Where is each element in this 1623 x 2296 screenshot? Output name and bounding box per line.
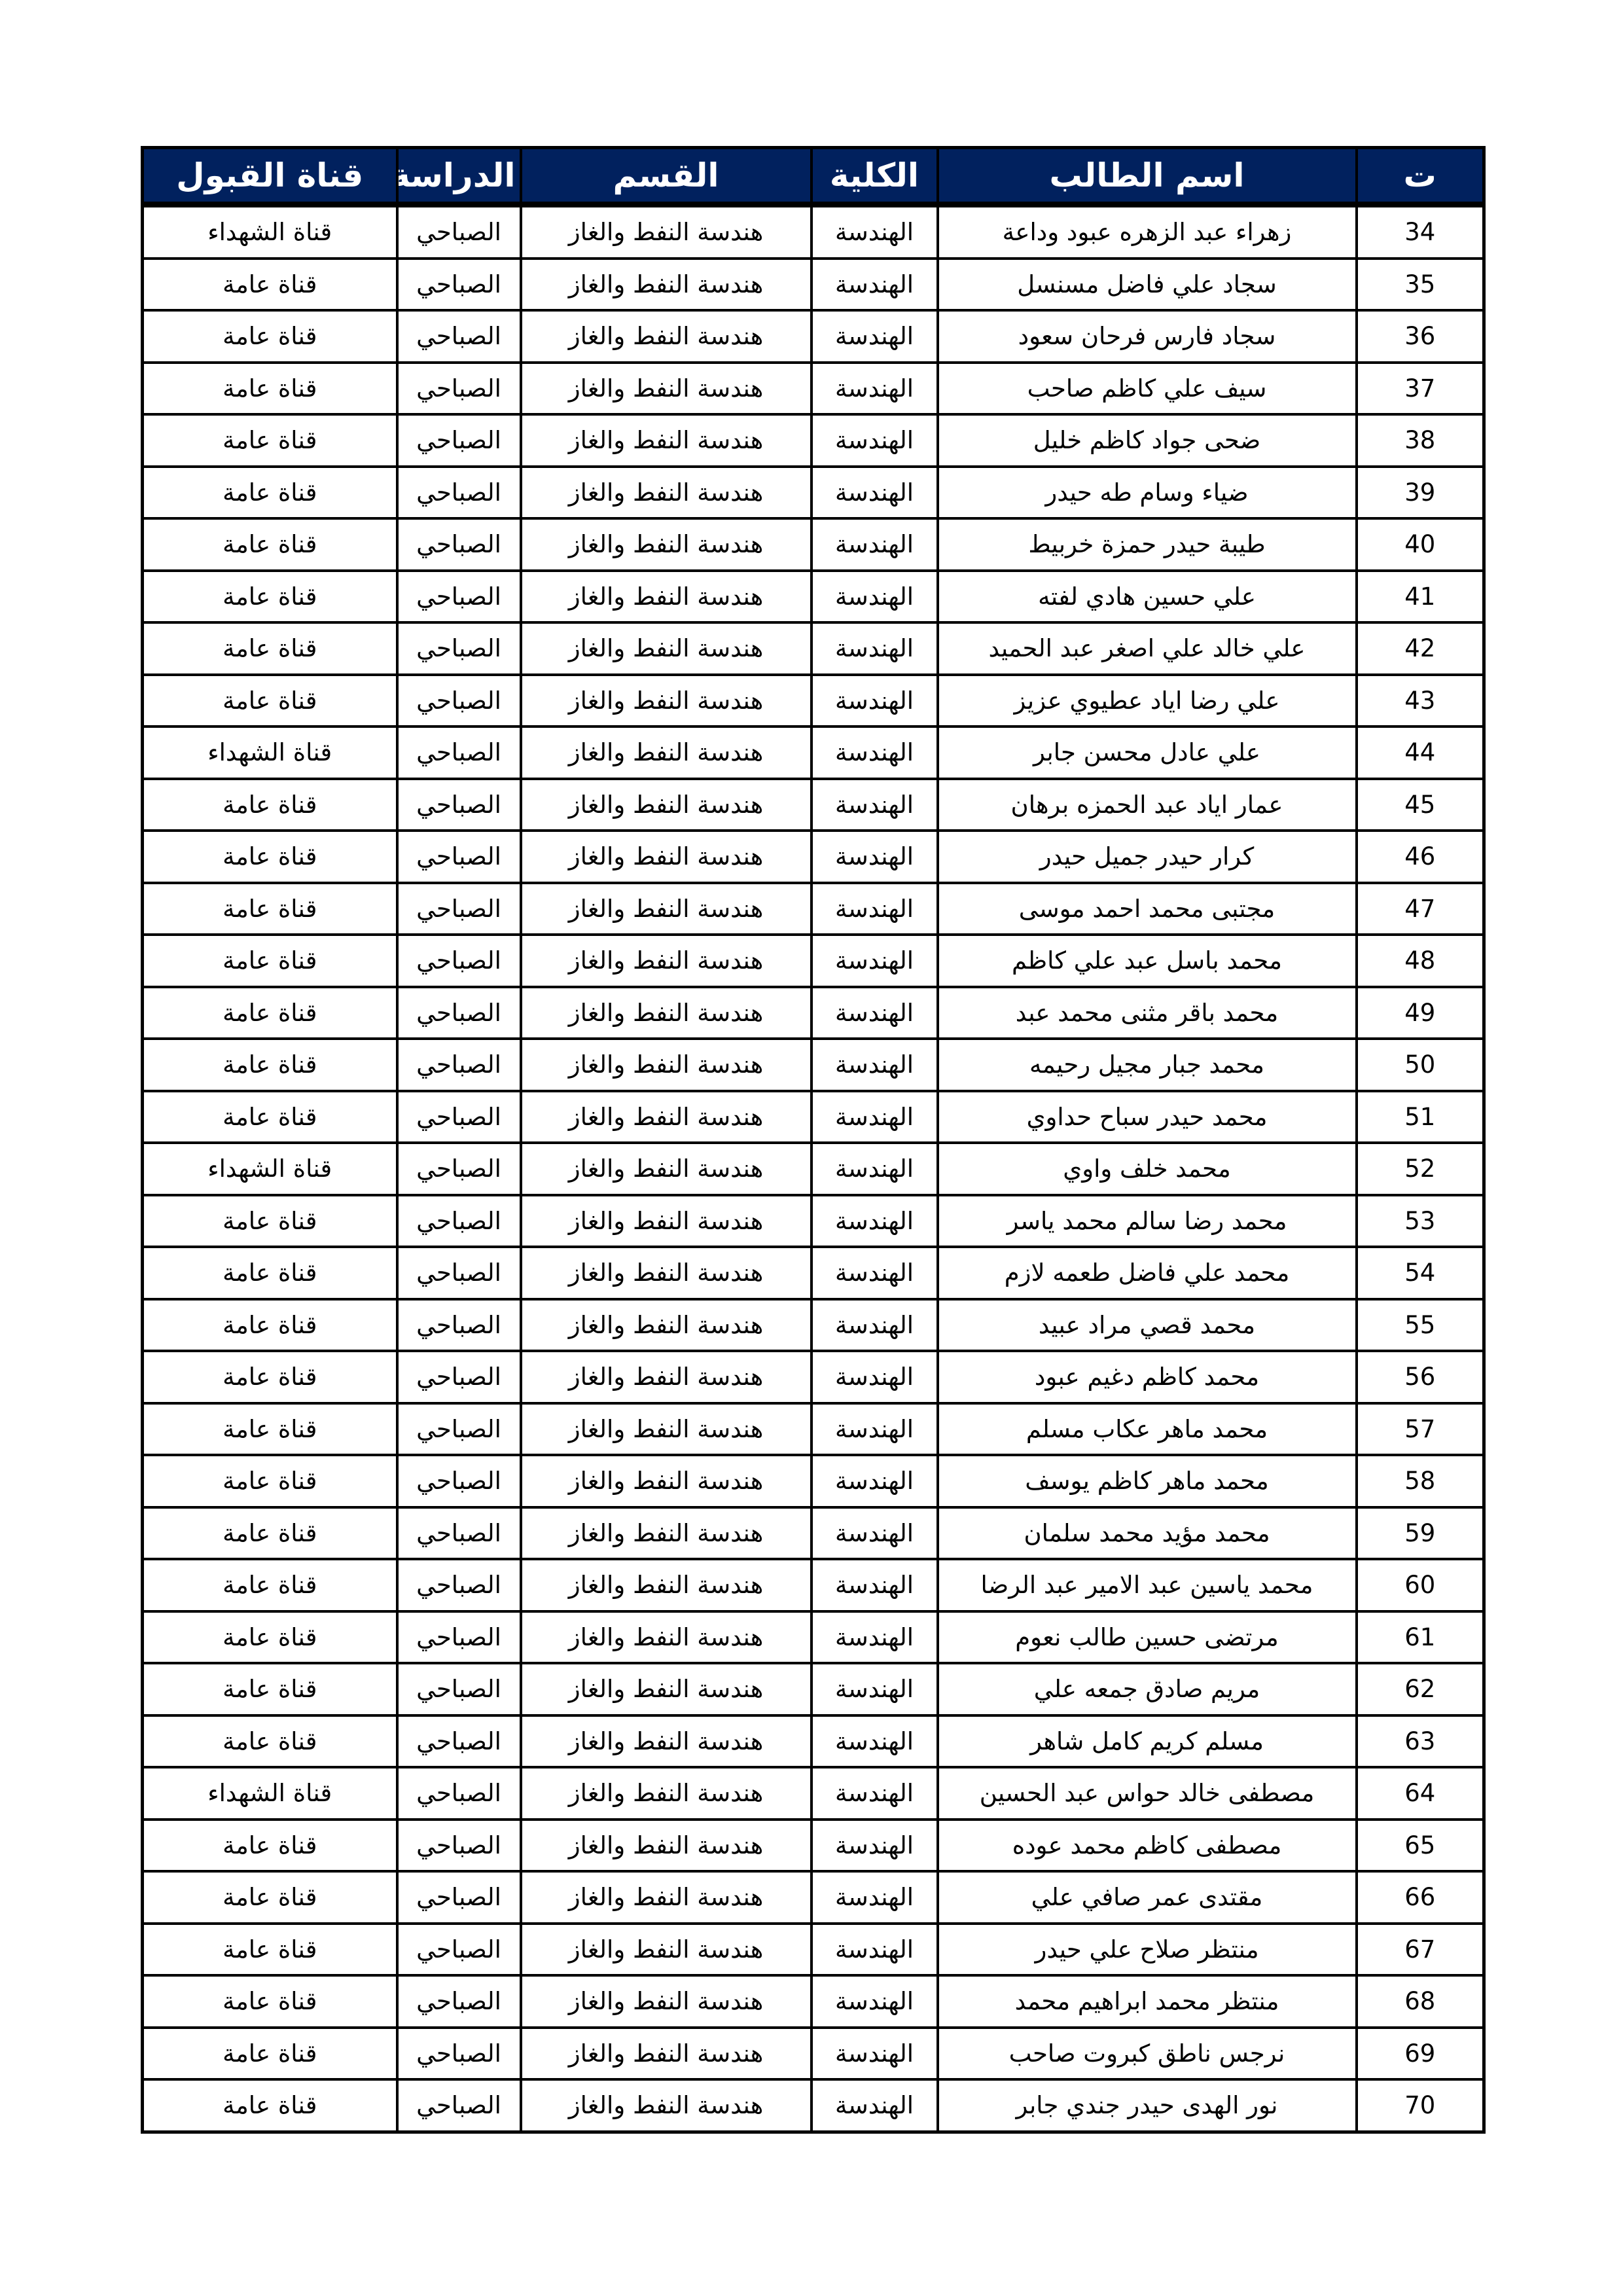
cell-admission-channel: قناة عامة [143,571,397,623]
header-admission-channel: قناة القبول [143,148,397,205]
cell-study-type: الصباحي [397,1820,521,1872]
cell-college: الهندسة [811,1715,938,1768]
cell-student-name: علي حسين هادي لفته [938,571,1357,623]
cell-college: الهندسة [811,310,938,363]
cell-admission-channel: قناة عامة [143,831,397,883]
table-row: 63مسلم كريم كامل شاهرالهندسةهندسة النفط … [143,1715,1484,1768]
students-table: ت اسم الطالب الكلية القسم الدراسة قناة ا… [141,146,1486,2134]
cell-department: هندسة النفط والغاز [521,310,811,363]
table-row: 44علي عادل محسن جابرالهندسةهندسة النفط و… [143,726,1484,779]
cell-no: 54 [1357,1247,1484,1299]
table-row: 54محمد علي فاضل طعمه لازمالهندسةهندسة ال… [143,1247,1484,1299]
table-row: 59محمد مؤيد محمد سلمانالهندسةهندسة النفط… [143,1507,1484,1560]
cell-study-type: الصباحي [397,467,521,519]
cell-department: هندسة النفط والغاز [521,1455,811,1507]
cell-admission-channel: قناة عامة [143,1663,397,1715]
cell-college: الهندسة [811,675,938,727]
table-row: 53محمد رضا سالم محمد ياسرالهندسةهندسة ال… [143,1195,1484,1247]
table-row: 50محمد جبار مجيل رحيمهالهندسةهندسة النفط… [143,1039,1484,1091]
cell-college: الهندسة [811,1871,938,1924]
table-row: 55محمد قصي مراد عبيدالهندسةهندسة النفط و… [143,1299,1484,1352]
table-row: 38ضحى جواد كاظم خليلالهندسةهندسة النفط و… [143,414,1484,467]
cell-student-name: نرجس ناطق كبروت صاحب [938,2028,1357,2080]
cell-department: هندسة النفط والغاز [521,1299,811,1352]
cell-department: هندسة النفط والغاز [521,1975,811,2028]
cell-department: هندسة النفط والغاز [521,987,811,1039]
table-row: 40طيبة حيدر حمزة خربيطالهندسةهندسة النفط… [143,518,1484,571]
cell-study-type: الصباحي [397,2079,521,2132]
cell-admission-channel: قناة عامة [143,883,397,935]
cell-study-type: الصباحي [397,1195,521,1247]
cell-student-name: مجتبى محمد احمد موسى [938,883,1357,935]
cell-admission-channel: قناة عامة [143,1559,397,1611]
cell-admission-channel: قناة الشهداء [143,726,397,779]
cell-student-name: طيبة حيدر حمزة خربيط [938,518,1357,571]
cell-no: 49 [1357,987,1484,1039]
document-page: ت اسم الطالب الكلية القسم الدراسة قناة ا… [0,0,1623,2296]
cell-college: الهندسة [811,1611,938,1664]
table-row: 42علي خالد علي اصغر عبد الحميدالهندسةهند… [143,622,1484,675]
cell-college: الهندسة [811,414,938,467]
table-row: 57محمد ماهر عكاب مسلمالهندسةهندسة النفط … [143,1403,1484,1456]
cell-study-type: الصباحي [397,1143,521,1195]
cell-study-type: الصباحي [397,1871,521,1924]
cell-student-name: علي عادل محسن جابر [938,726,1357,779]
cell-student-name: محمد باسل عبد علي كاظم [938,935,1357,987]
cell-admission-channel: قناة عامة [143,2079,397,2132]
cell-department: هندسة النفط والغاز [521,779,811,831]
cell-student-name: محمد خلف واوي [938,1143,1357,1195]
cell-admission-channel: قناة عامة [143,987,397,1039]
cell-department: هندسة النفط والغاز [521,726,811,779]
cell-study-type: الصباحي [397,518,521,571]
cell-no: 38 [1357,414,1484,467]
cell-study-type: الصباحي [397,831,521,883]
cell-student-name: سجاد فارس فرحان سعود [938,310,1357,363]
cell-admission-channel: قناة عامة [143,1611,397,1664]
cell-college: الهندسة [811,1299,938,1352]
cell-student-name: زهراء عبد الزهره عبود وداعة [938,205,1357,259]
header-student-name: اسم الطالب [938,148,1357,205]
cell-admission-channel: قناة عامة [143,935,397,987]
table-row: 49محمد باقر مثنى محمد عبدالهندسةهندسة ال… [143,987,1484,1039]
cell-study-type: الصباحي [397,883,521,935]
cell-no: 57 [1357,1403,1484,1456]
table-row: 67منتظر صلاح علي حيدرالهندسةهندسة النفط … [143,1924,1484,1976]
table-row: 51محمد حيدر سباح حداويالهندسةهندسة النفط… [143,1091,1484,1143]
cell-student-name: محمد قصي مراد عبيد [938,1299,1357,1352]
cell-admission-channel: قناة عامة [143,414,397,467]
cell-study-type: الصباحي [397,205,521,259]
table-row: 43علي رضا اياد عطيوي عزيزالهندسةهندسة ال… [143,675,1484,727]
cell-college: الهندسة [811,1195,938,1247]
cell-college: الهندسة [811,883,938,935]
cell-college: الهندسة [811,987,938,1039]
cell-college: الهندسة [811,1351,938,1403]
cell-department: هندسة النفط والغاز [521,414,811,467]
cell-no: 48 [1357,935,1484,987]
cell-college: الهندسة [811,2079,938,2132]
cell-admission-channel: قناة عامة [143,1715,397,1768]
cell-department: هندسة النفط والغاز [521,1559,811,1611]
table-header-row: ت اسم الطالب الكلية القسم الدراسة قناة ا… [143,148,1484,205]
cell-student-name: عمار اياد عبد الحمزه برهان [938,779,1357,831]
cell-department: هندسة النفط والغاز [521,675,811,727]
cell-department: هندسة النفط والغاز [521,883,811,935]
table-row: 65مصطفى كاظم محمد عودهالهندسةهندسة النفط… [143,1820,1484,1872]
cell-admission-channel: قناة عامة [143,1975,397,2028]
cell-college: الهندسة [811,1143,938,1195]
cell-department: هندسة النفط والغاز [521,1247,811,1299]
cell-department: هندسة النفط والغاز [521,1820,811,1872]
cell-college: الهندسة [811,259,938,311]
cell-college: الهندسة [811,1767,938,1820]
cell-student-name: سجاد علي فاضل مسنسل [938,259,1357,311]
header-study-type: الدراسة [397,148,521,205]
cell-department: هندسة النفط والغاز [521,1663,811,1715]
cell-college: الهندسة [811,1663,938,1715]
cell-no: 65 [1357,1820,1484,1872]
cell-no: 64 [1357,1767,1484,1820]
cell-study-type: الصباحي [397,1455,521,1507]
table-row: 56محمد كاظم دغيم عبودالهندسةهندسة النفط … [143,1351,1484,1403]
cell-admission-channel: قناة عامة [143,1455,397,1507]
cell-department: هندسة النفط والغاز [521,205,811,259]
cell-admission-channel: قناة عامة [143,363,397,415]
cell-college: الهندسة [811,363,938,415]
cell-college: الهندسة [811,622,938,675]
cell-student-name: محمد كاظم دغيم عبود [938,1351,1357,1403]
cell-department: هندسة النفط والغاز [521,1871,811,1924]
cell-student-name: مريم صادق جمعه علي [938,1663,1357,1715]
cell-student-name: محمد علي فاضل طعمه لازم [938,1247,1357,1299]
cell-no: 68 [1357,1975,1484,2028]
table-row: 46كرار حيدر جميل حيدرالهندسةهندسة النفط … [143,831,1484,883]
cell-study-type: الصباحي [397,779,521,831]
cell-college: الهندسة [811,1247,938,1299]
cell-study-type: الصباحي [397,987,521,1039]
cell-no: 43 [1357,675,1484,727]
cell-department: هندسة النفط والغاز [521,1715,811,1768]
cell-admission-channel: قناة عامة [143,1351,397,1403]
cell-college: الهندسة [811,467,938,519]
cell-no: 51 [1357,1091,1484,1143]
cell-study-type: الصباحي [397,1559,521,1611]
cell-study-type: الصباحي [397,1039,521,1091]
cell-student-name: ضحى جواد كاظم خليل [938,414,1357,467]
cell-college: الهندسة [811,1975,938,2028]
cell-admission-channel: قناة عامة [143,1507,397,1560]
table-row: 36سجاد فارس فرحان سعودالهندسةهندسة النفط… [143,310,1484,363]
cell-college: الهندسة [811,726,938,779]
table-row: 39ضياء وسام طه حيدرالهندسةهندسة النفط وا… [143,467,1484,519]
cell-student-name: منتظر محمد ابراهيم محمد [938,1975,1357,2028]
cell-no: 35 [1357,259,1484,311]
cell-study-type: الصباحي [397,363,521,415]
cell-college: الهندسة [811,1039,938,1091]
cell-admission-channel: قناة عامة [143,1091,397,1143]
cell-no: 58 [1357,1455,1484,1507]
cell-no: 67 [1357,1924,1484,1976]
cell-admission-channel: قناة عامة [143,622,397,675]
cell-department: هندسة النفط والغاز [521,935,811,987]
cell-no: 45 [1357,779,1484,831]
cell-study-type: الصباحي [397,1715,521,1768]
cell-no: 34 [1357,205,1484,259]
cell-admission-channel: قناة عامة [143,1195,397,1247]
cell-student-name: ضياء وسام طه حيدر [938,467,1357,519]
cell-no: 46 [1357,831,1484,883]
cell-admission-channel: قناة عامة [143,259,397,311]
cell-no: 40 [1357,518,1484,571]
cell-student-name: محمد رضا سالم محمد ياسر [938,1195,1357,1247]
cell-no: 52 [1357,1143,1484,1195]
table-row: 35سجاد علي فاضل مسنسلالهندسةهندسة النفط … [143,259,1484,311]
cell-admission-channel: قناة عامة [143,310,397,363]
table-row: 52محمد خلف واويالهندسةهندسة النفط والغاز… [143,1143,1484,1195]
cell-college: الهندسة [811,779,938,831]
cell-no: 50 [1357,1039,1484,1091]
cell-student-name: كرار حيدر جميل حيدر [938,831,1357,883]
cell-admission-channel: قناة عامة [143,779,397,831]
cell-no: 41 [1357,571,1484,623]
cell-college: الهندسة [811,1924,938,1976]
cell-admission-channel: قناة عامة [143,2028,397,2080]
cell-department: هندسة النفط والغاز [521,1924,811,1976]
cell-no: 39 [1357,467,1484,519]
cell-college: الهندسة [811,1455,938,1507]
cell-student-name: محمد جبار مجيل رحيمه [938,1039,1357,1091]
cell-study-type: الصباحي [397,1924,521,1976]
cell-admission-channel: قناة عامة [143,1820,397,1872]
table-row: 70نور الهدى حيدر جندي جابرالهندسةهندسة ا… [143,2079,1484,2132]
cell-study-type: الصباحي [397,310,521,363]
header-college: الكلية [811,148,938,205]
cell-student-name: علي رضا اياد عطيوي عزيز [938,675,1357,727]
cell-study-type: الصباحي [397,1507,521,1560]
table-row: 45عمار اياد عبد الحمزه برهانالهندسةهندسة… [143,779,1484,831]
cell-study-type: الصباحي [397,1611,521,1664]
cell-department: هندسة النفط والغاز [521,1507,811,1560]
cell-no: 53 [1357,1195,1484,1247]
cell-college: الهندسة [811,831,938,883]
cell-college: الهندسة [811,571,938,623]
cell-student-name: مرتضى حسين طالب نعوم [938,1611,1357,1664]
table-row: 61مرتضى حسين طالب نعومالهندسةهندسة النفط… [143,1611,1484,1664]
cell-department: هندسة النفط والغاز [521,1039,811,1091]
cell-department: هندسة النفط والغاز [521,622,811,675]
cell-admission-channel: قناة عامة [143,675,397,727]
cell-student-name: محمد ماهر عكاب مسلم [938,1403,1357,1456]
cell-study-type: الصباحي [397,1663,521,1715]
table-row: 37سيف علي كاظم صاحبالهندسةهندسة النفط وا… [143,363,1484,415]
cell-study-type: الصباحي [397,571,521,623]
cell-study-type: الصباحي [397,935,521,987]
cell-no: 36 [1357,310,1484,363]
table-row: 47مجتبى محمد احمد موسىالهندسةهندسة النفط… [143,883,1484,935]
cell-student-name: مسلم كريم كامل شاهر [938,1715,1357,1768]
table-row: 34زهراء عبد الزهره عبود وداعةالهندسةهندس… [143,205,1484,259]
cell-college: الهندسة [811,1507,938,1560]
cell-student-name: علي خالد علي اصغر عبد الحميد [938,622,1357,675]
table-row: 48محمد باسل عبد علي كاظمالهندسةهندسة الن… [143,935,1484,987]
cell-department: هندسة النفط والغاز [521,467,811,519]
cell-department: هندسة النفط والغاز [521,518,811,571]
cell-student-name: مصطفى خالد حواس عبد الحسين [938,1767,1357,1820]
table-row: 41علي حسين هادي لفتهالهندسةهندسة النفط و… [143,571,1484,623]
table-row: 58محمد ماهر كاظم يوسفالهندسةهندسة النفط … [143,1455,1484,1507]
cell-college: الهندسة [811,1403,938,1456]
cell-student-name: محمد ماهر كاظم يوسف [938,1455,1357,1507]
cell-department: هندسة النفط والغاز [521,259,811,311]
cell-admission-channel: قناة عامة [143,1871,397,1924]
table-row: 60محمد ياسين عبد الامير عبد الرضاالهندسة… [143,1559,1484,1611]
cell-no: 42 [1357,622,1484,675]
cell-admission-channel: قناة الشهداء [143,205,397,259]
cell-no: 44 [1357,726,1484,779]
cell-student-name: نور الهدى حيدر جندي جابر [938,2079,1357,2132]
cell-department: هندسة النفط والغاز [521,1195,811,1247]
cell-study-type: الصباحي [397,1299,521,1352]
cell-no: 66 [1357,1871,1484,1924]
cell-admission-channel: قناة عامة [143,1247,397,1299]
cell-student-name: محمد ياسين عبد الامير عبد الرضا [938,1559,1357,1611]
cell-study-type: الصباحي [397,622,521,675]
cell-admission-channel: قناة الشهداء [143,1767,397,1820]
cell-no: 63 [1357,1715,1484,1768]
cell-student-name: سيف علي كاظم صاحب [938,363,1357,415]
cell-department: هندسة النفط والغاز [521,831,811,883]
cell-college: الهندسة [811,1820,938,1872]
cell-college: الهندسة [811,1559,938,1611]
cell-admission-channel: قناة الشهداء [143,1143,397,1195]
cell-department: هندسة النفط والغاز [521,1351,811,1403]
table-row: 66مقتدى عمر صافي عليالهندسةهندسة النفط و… [143,1871,1484,1924]
cell-admission-channel: قناة عامة [143,518,397,571]
cell-department: هندسة النفط والغاز [521,2028,811,2080]
cell-study-type: الصباحي [397,1403,521,1456]
cell-study-type: الصباحي [397,1091,521,1143]
cell-department: هندسة النفط والغاز [521,1611,811,1664]
cell-no: 47 [1357,883,1484,935]
cell-admission-channel: قناة عامة [143,1924,397,1976]
cell-college: الهندسة [811,518,938,571]
cell-college: الهندسة [811,2028,938,2080]
cell-study-type: الصباحي [397,726,521,779]
cell-student-name: مصطفى كاظم محمد عوده [938,1820,1357,1872]
cell-no: 70 [1357,2079,1484,2132]
cell-college: الهندسة [811,935,938,987]
cell-study-type: الصباحي [397,1351,521,1403]
cell-admission-channel: قناة عامة [143,1403,397,1456]
cell-study-type: الصباحي [397,1247,521,1299]
header-no: ت [1357,148,1484,205]
cell-department: هندسة النفط والغاز [521,571,811,623]
table-row: 69نرجس ناطق كبروت صاحبالهندسةهندسة النفط… [143,2028,1484,2080]
cell-college: الهندسة [811,1091,938,1143]
cell-no: 69 [1357,2028,1484,2080]
cell-department: هندسة النفط والغاز [521,1767,811,1820]
table-row: 64مصطفى خالد حواس عبد الحسينالهندسةهندسة… [143,1767,1484,1820]
cell-study-type: الصباحي [397,1767,521,1820]
cell-study-type: الصباحي [397,2028,521,2080]
cell-student-name: محمد مؤيد محمد سلمان [938,1507,1357,1560]
cell-no: 37 [1357,363,1484,415]
cell-study-type: الصباحي [397,414,521,467]
cell-no: 61 [1357,1611,1484,1664]
cell-admission-channel: قناة عامة [143,1039,397,1091]
cell-no: 56 [1357,1351,1484,1403]
cell-department: هندسة النفط والغاز [521,1143,811,1195]
cell-study-type: الصباحي [397,675,521,727]
cell-admission-channel: قناة عامة [143,467,397,519]
table-row: 68منتظر محمد ابراهيم محمدالهندسةهندسة ال… [143,1975,1484,2028]
cell-department: هندسة النفط والغاز [521,1091,811,1143]
header-department: القسم [521,148,811,205]
cell-study-type: الصباحي [397,259,521,311]
cell-admission-channel: قناة عامة [143,1299,397,1352]
cell-college: الهندسة [811,205,938,259]
cell-department: هندسة النفط والغاز [521,363,811,415]
cell-no: 55 [1357,1299,1484,1352]
cell-no: 62 [1357,1663,1484,1715]
cell-student-name: محمد حيدر سباح حداوي [938,1091,1357,1143]
cell-no: 59 [1357,1507,1484,1560]
cell-study-type: الصباحي [397,1975,521,2028]
cell-student-name: مقتدى عمر صافي علي [938,1871,1357,1924]
cell-student-name: محمد باقر مثنى محمد عبد [938,987,1357,1039]
cell-student-name: منتظر صلاح علي حيدر [938,1924,1357,1976]
cell-department: هندسة النفط والغاز [521,1403,811,1456]
table-row: 62مريم صادق جمعه عليالهندسةهندسة النفط و… [143,1663,1484,1715]
cell-department: هندسة النفط والغاز [521,2079,811,2132]
cell-no: 60 [1357,1559,1484,1611]
